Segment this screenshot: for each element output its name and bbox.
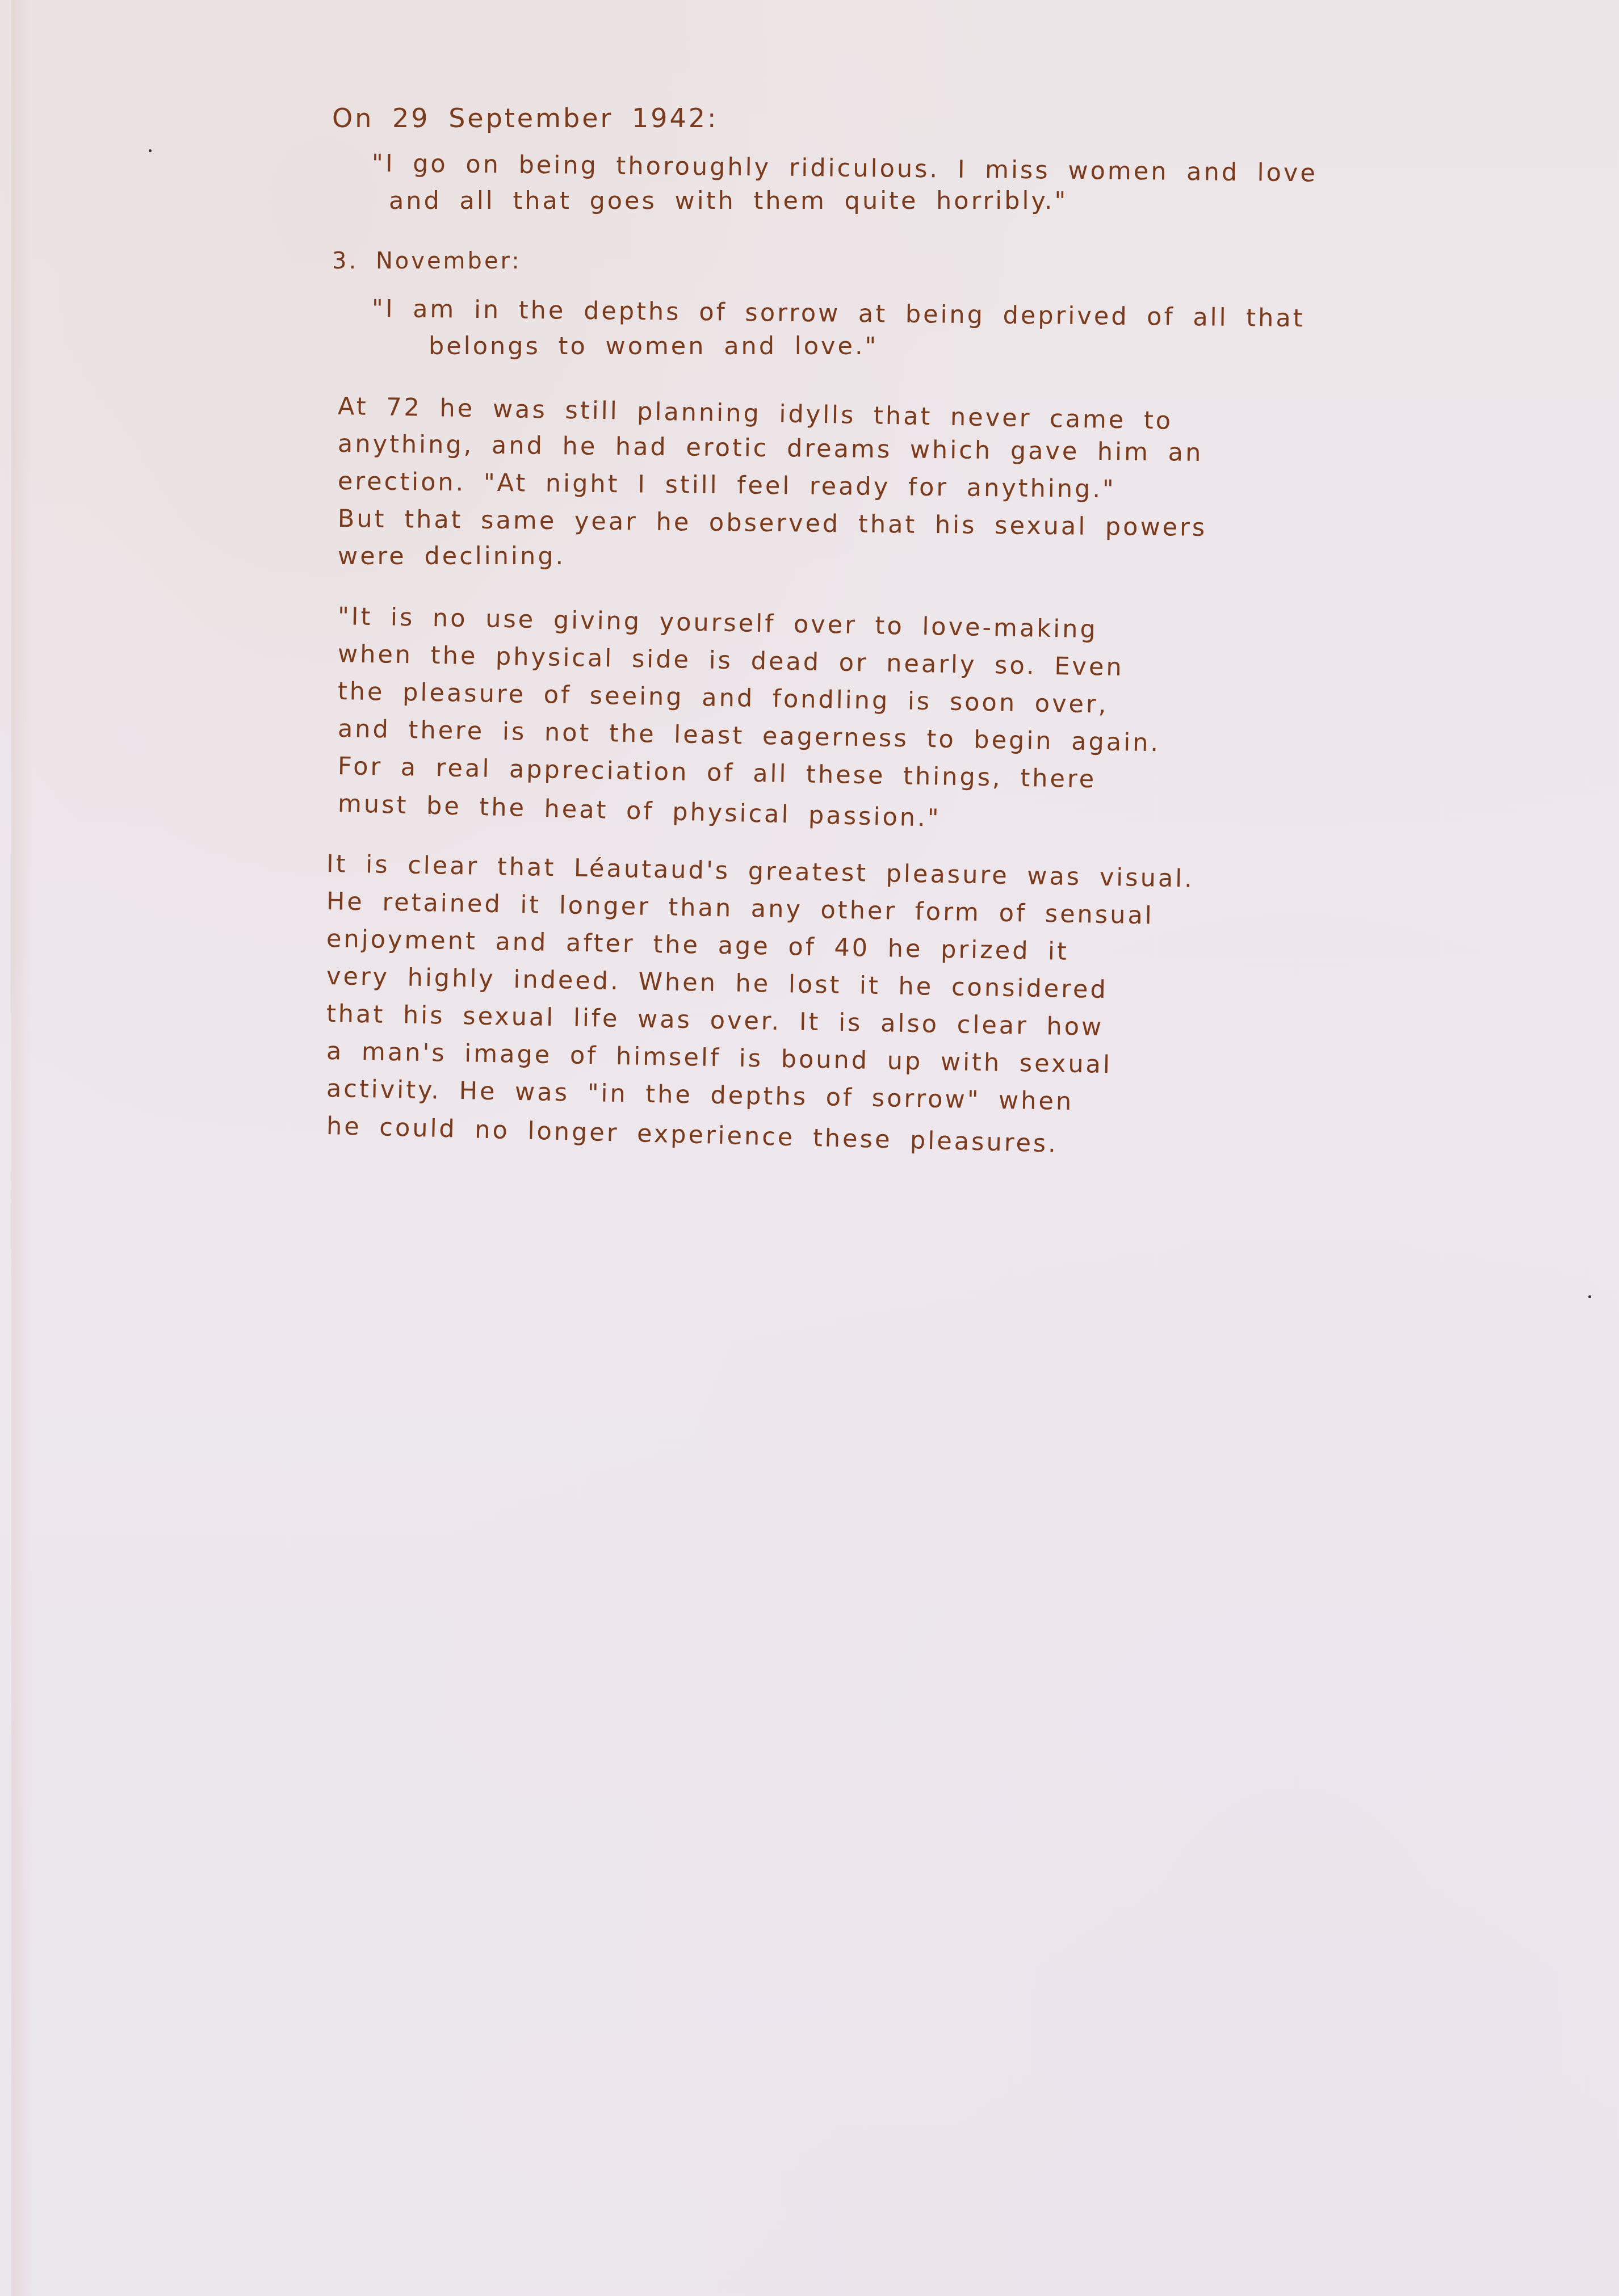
paper-left-edge-stain <box>11 0 32 2296</box>
manuscript-body: On 29 September 1942: "I go on being tho… <box>332 99 1308 1168</box>
paragraph-at-72: At 72 he was still planning idylls that … <box>332 388 1308 575</box>
ink-speck <box>149 149 152 152</box>
entry-quote: "I go on being thoroughly ridiculous. I … <box>332 145 1308 220</box>
paragraph-leautaud-pleasure: It is clear that Léautaud's greatest ple… <box>321 845 1308 1145</box>
quote-love-making: "It is no use giving yourself over to lo… <box>332 598 1308 822</box>
diary-entry-1: On 29 September 1942: "I go on being tho… <box>332 99 1308 220</box>
diary-entry-2: 3. November: "I am in the depths of sorr… <box>332 242 1308 365</box>
entry-date-heading: 3. November: <box>332 242 1308 280</box>
entry-date-heading: On 29 September 1942: <box>332 99 1308 137</box>
ink-speck <box>1588 1295 1591 1298</box>
entry-quote: "I am in the depths of sorrow at being d… <box>332 290 1308 365</box>
